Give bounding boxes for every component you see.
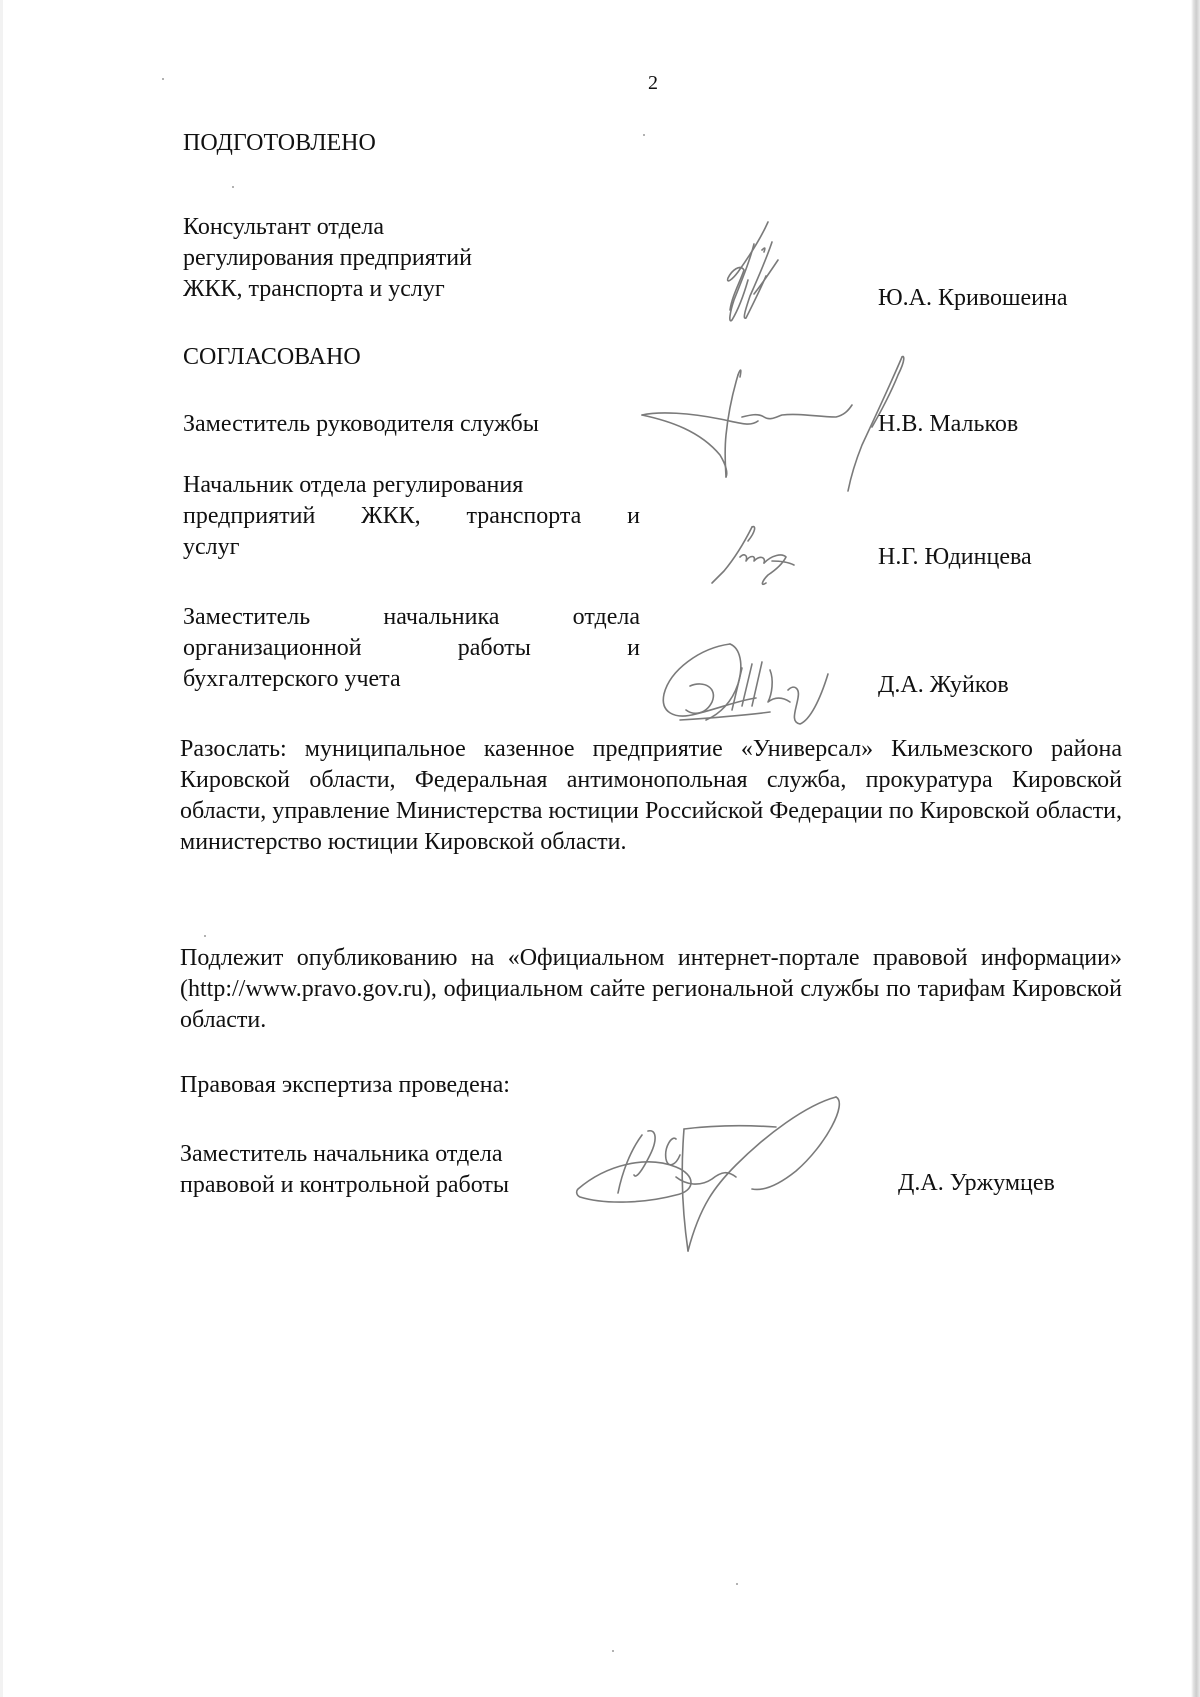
scan-speck (204, 935, 206, 937)
scan-edge-right (1191, 0, 1200, 1697)
position-line: Начальник отдела регулирования (183, 470, 640, 501)
legal-review-signer-name: Д.А. Уржумцев (898, 1168, 1055, 1199)
scan-speck (1022, 1182, 1024, 1184)
document-page: 2 ПОДГОТОВЛЕНО Консультант отдела регули… (0, 0, 1200, 1697)
position-line: Заместитель начальника отдела (180, 1139, 600, 1170)
signature-urzhumtsev-icon (576, 1095, 856, 1255)
scan-speck (162, 78, 164, 80)
agreed-signer-position: Заместитель руководителя службы (183, 409, 539, 440)
position-line: правовой и контрольной работы (180, 1170, 600, 1201)
agreed-signer-name: Н.Г. Юдинцева (878, 542, 1032, 573)
position-line: Консультант отдела (183, 212, 603, 243)
agreed-heading: СОГЛАСОВАНО (183, 342, 361, 373)
scan-speck (643, 134, 645, 136)
scan-edge-left (0, 0, 3, 1697)
publication-text: Подлежит опубликованию на «Официальном и… (180, 943, 1122, 1036)
position-line: организационной работы и (183, 633, 640, 664)
signature-kryvosheina-icon (720, 220, 790, 340)
position-line: услуг (183, 532, 640, 563)
position-line: регулирования предприятий (183, 243, 603, 274)
page-number: 2 (648, 68, 658, 99)
legal-review-heading: Правовая экспертиза проведена: (180, 1070, 510, 1101)
position-line: предприятий ЖКК, транспорта и (183, 501, 640, 532)
distribution-text: Разослать: муниципальное казенное предпр… (180, 734, 1122, 858)
signature-zhuykov-icon (660, 640, 850, 730)
scan-speck (612, 1650, 614, 1652)
signature-yudintseva-icon (710, 525, 810, 595)
position-line: бухгалтерского учета (183, 664, 640, 695)
position-line: ЖКК, транспорта и услуг (183, 274, 603, 305)
agreed-signer-name: Н.В. Мальков (878, 409, 1018, 440)
agreed-signer-name: Д.А. Жуйков (878, 670, 1009, 701)
prepared-signer-name: Ю.А. Кривошеина (878, 283, 1068, 314)
prepared-signer-position: Консультант отдела регулирования предпри… (183, 212, 603, 305)
prepared-heading: ПОДГОТОВЛЕНО (183, 128, 376, 159)
scan-speck (232, 186, 234, 188)
position-line: Заместитель начальника отдела (183, 602, 640, 633)
legal-review-signer-position: Заместитель начальника отдела правовой и… (180, 1139, 600, 1201)
agreed-signer-position: Заместитель начальника отдела организаци… (183, 602, 640, 695)
scan-speck (376, 810, 378, 812)
agreed-signer-position: Начальник отдела регулирования предприят… (183, 470, 640, 563)
scan-speck (736, 1583, 738, 1585)
